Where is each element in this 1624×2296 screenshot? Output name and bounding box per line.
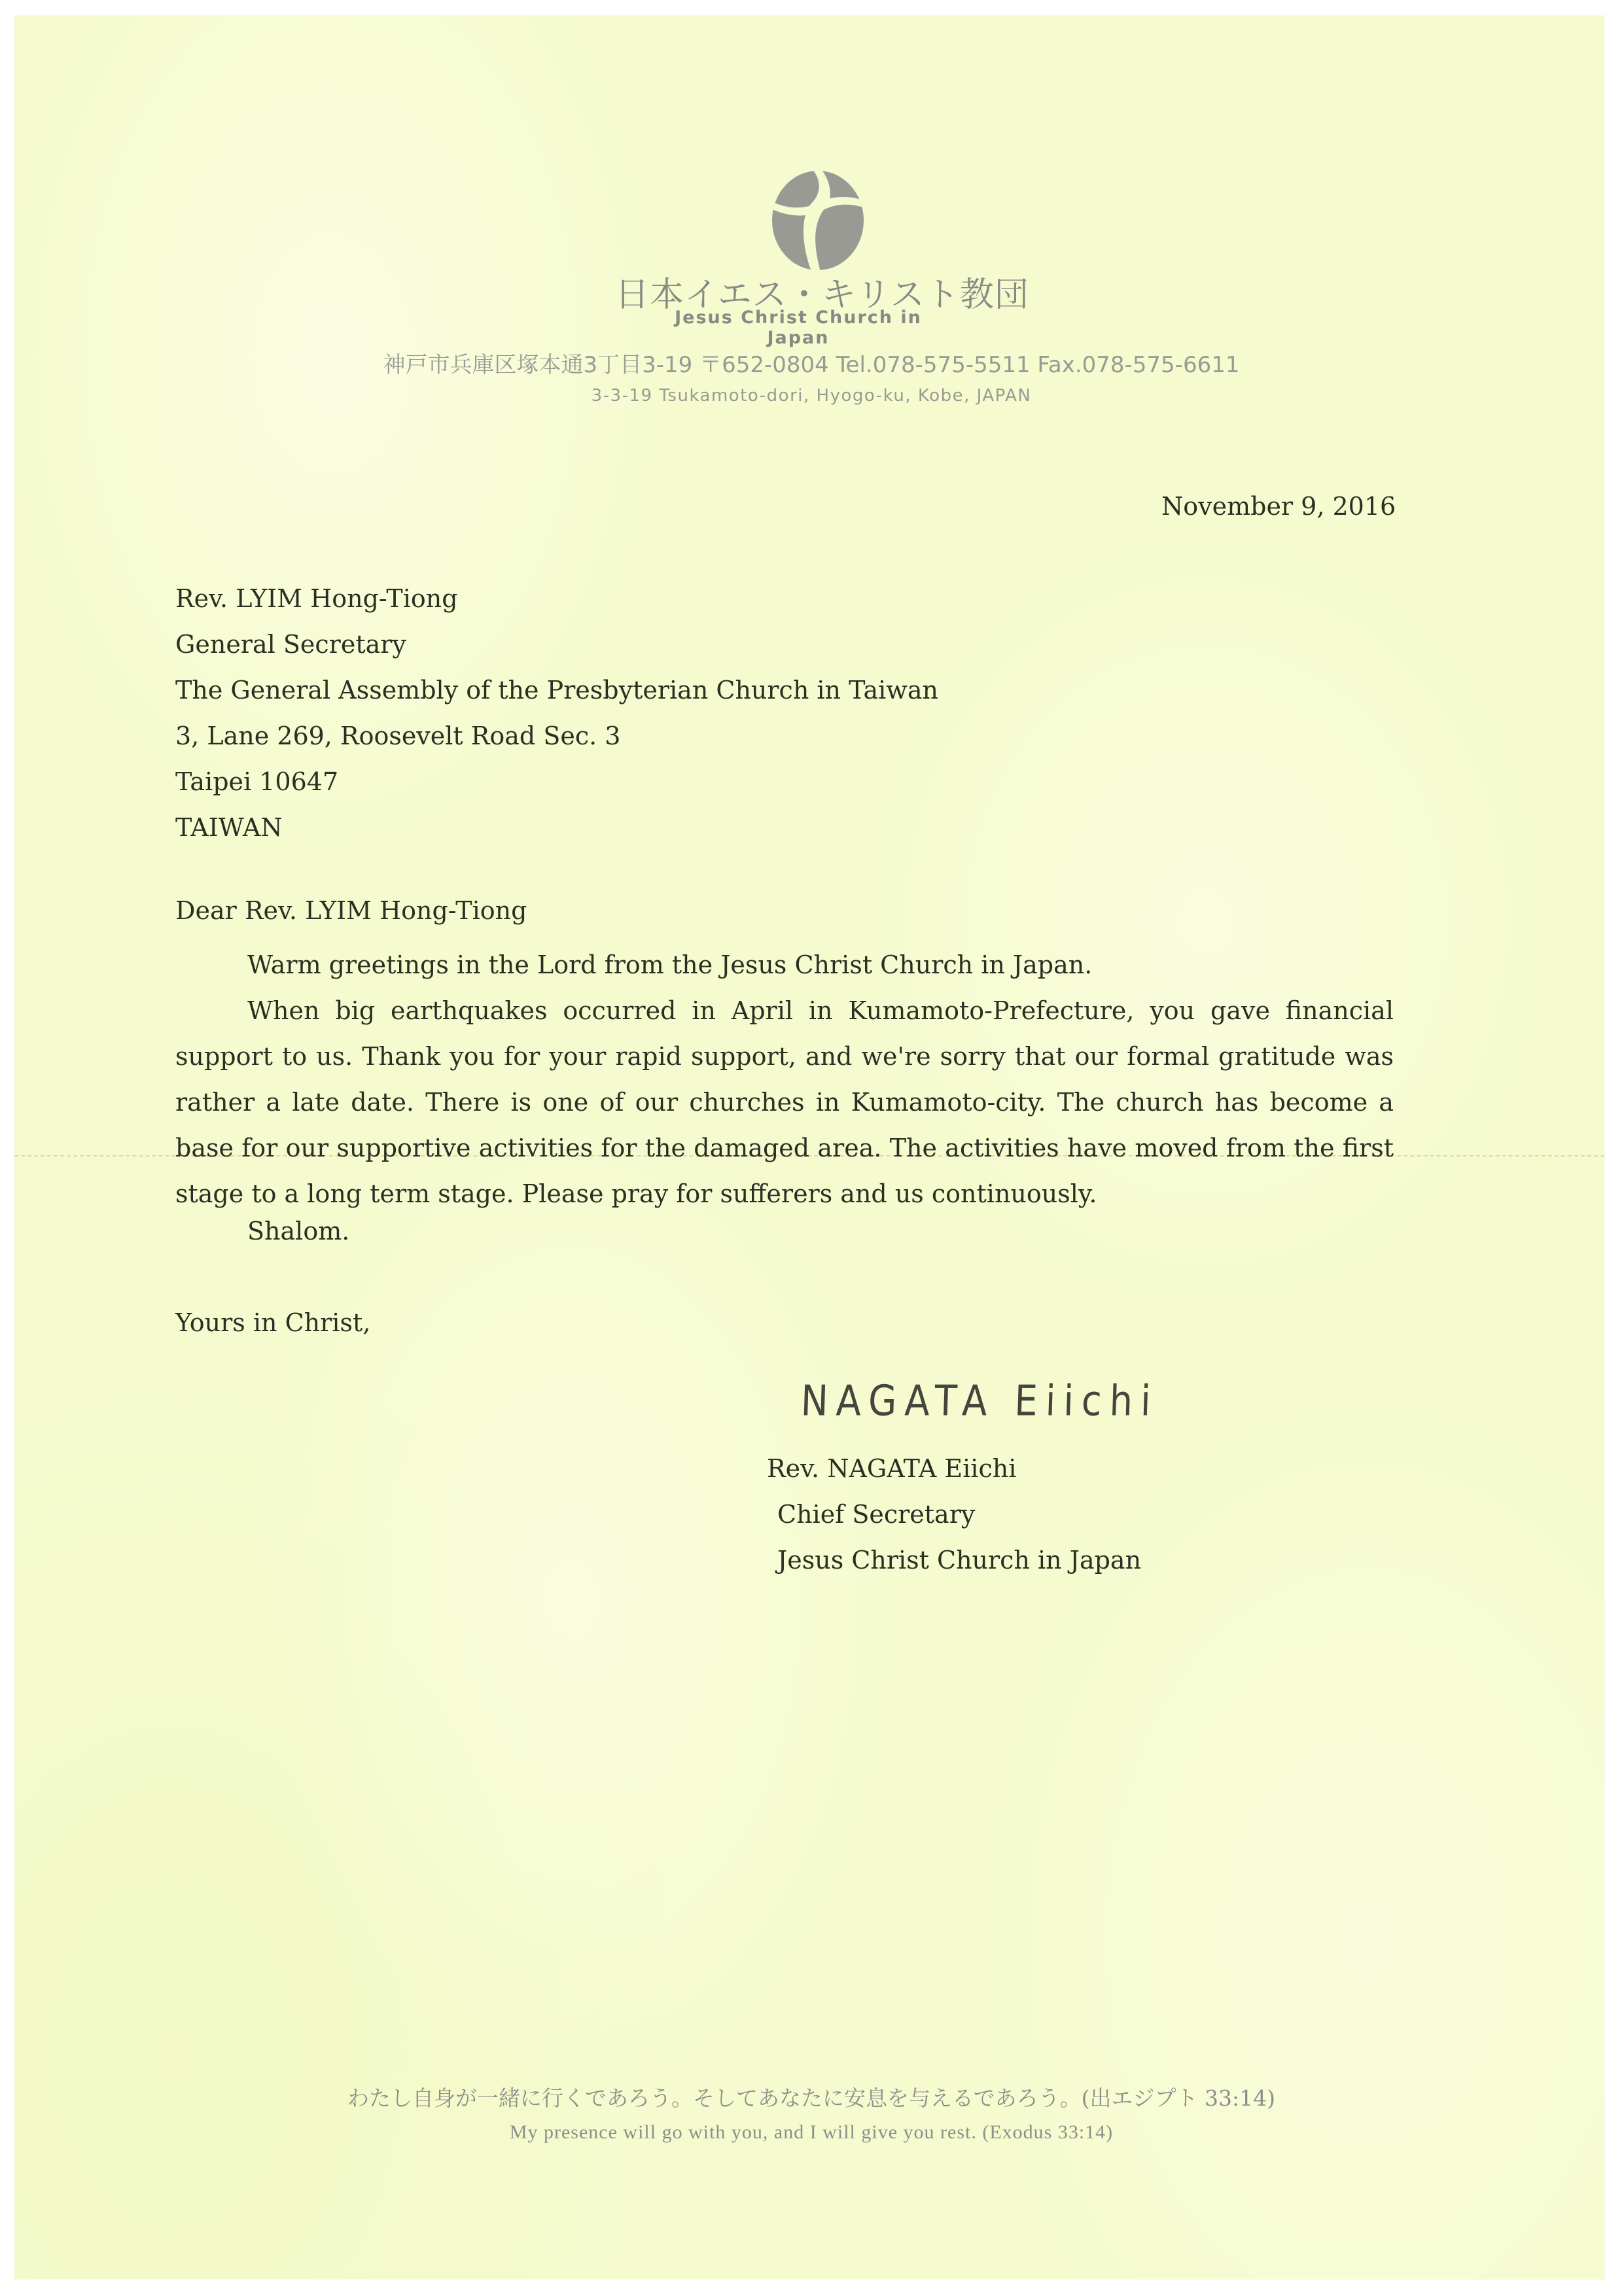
org-name-english: Jesus Christ Church in Japan [641, 307, 955, 348]
handwritten-signature: NAGATA Eiichi [800, 1377, 1159, 1426]
recipient-city: Taipei 10647 [175, 759, 938, 805]
signer-name: Rev. NAGATA Eiichi [767, 1446, 1141, 1491]
recipient-organization: The General Assembly of the Presbyterian… [175, 667, 938, 713]
letterhead-address-english: 3-3-19 Tsukamoto-dori, Hyogo-ku, Kobe, J… [308, 386, 1315, 406]
body-paragraph: Warm greetings in the Lord from the Jesu… [175, 942, 1394, 988]
recipient-name: Rev. LYIM Hong-Tiong [175, 576, 938, 621]
letterhead-address-japanese: 神戸市兵庫区塚本通3丁目3-19 〒652-0804 Tel.078-575-5… [308, 347, 1315, 379]
salutation: Dear Rev. LYIM Hong-Tiong [175, 896, 527, 925]
closing-line: Yours in Christ, [175, 1308, 370, 1337]
recipient-title: General Secretary [175, 621, 938, 667]
body-paragraph: When big earthquakes occurred in April i… [175, 988, 1394, 1217]
shalom-line: Shalom. [247, 1217, 349, 1245]
recipient-country: TAIWAN [175, 805, 938, 850]
footer-verse-japanese: わたし自身が一緒に行くであろう。そしてあなたに安息を与えるであろう。(出エジプト… [288, 2081, 1335, 2112]
signer-organization: Jesus Christ Church in Japan [767, 1537, 1141, 1583]
signer-title: Chief Secretary [767, 1491, 1141, 1537]
footer-verse-english: My presence will go with you, and I will… [288, 2121, 1335, 2144]
recipient-address-block: Rev. LYIM Hong-Tiong General Secretary T… [175, 576, 938, 850]
letter-date: November 9, 2016 [1161, 492, 1396, 521]
letter-body: Warm greetings in the Lord from the Jesu… [175, 942, 1394, 1217]
cross-circle-emblem-icon [766, 167, 870, 271]
recipient-street: 3, Lane 269, Roosevelt Road Sec. 3 [175, 713, 938, 759]
signer-block: Rev. NAGATA Eiichi Chief Secretary Jesus… [767, 1446, 1141, 1583]
